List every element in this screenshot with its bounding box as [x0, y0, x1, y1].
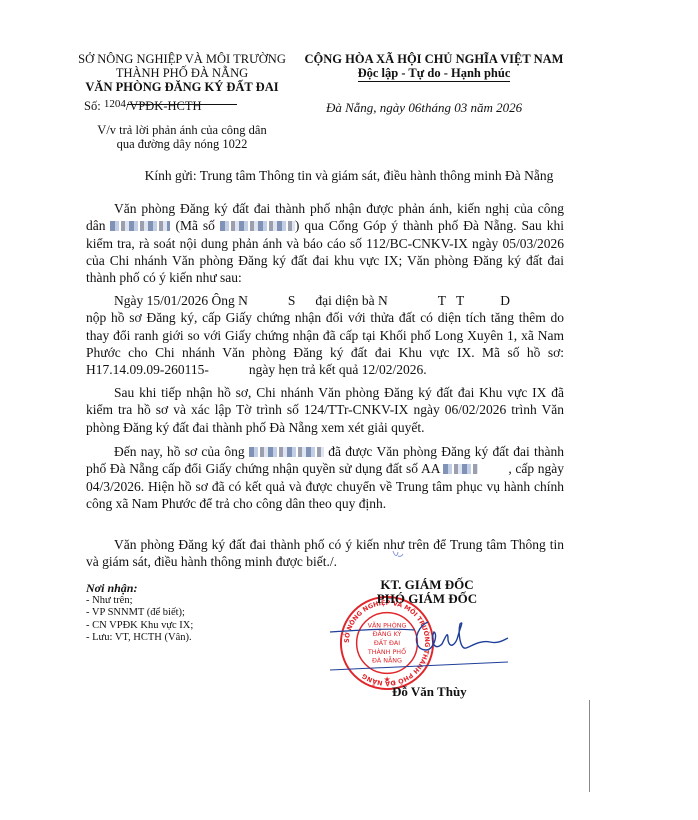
document-number-value: 1204 — [104, 98, 126, 110]
agency-parent: SỞ NÔNG NGHIỆP VÀ MÔI TRƯỜNG — [62, 52, 302, 66]
signature-title-block: KT. GIÁM ĐỐC PHÓ GIÁM ĐỐC — [352, 578, 502, 606]
paragraph-3: Sau khi tiếp nhận hồ sơ, Chi nhánh Văn p… — [86, 384, 564, 436]
paragraph-5: Văn phòng Đăng ký đất đai thành phố có ý… — [86, 536, 564, 571]
agency-city: THÀNH PHỐ ĐÀ NẴNG — [62, 66, 302, 80]
subject-line-1: V/v trả lời phản ánh của công dân — [82, 123, 282, 137]
p2-text-a: Ngày 15/01/2026 Ông N — [114, 293, 248, 308]
redacted-certificate-number — [443, 464, 478, 474]
agency-name: VĂN PHÒNG ĐĂNG KÝ ĐẤT ĐAI — [62, 80, 302, 94]
recipients-block: Nơi nhận: - Như trên; - VP SNNMT (để biế… — [86, 582, 193, 645]
p5-text: Văn phòng Đăng ký đất đai thành phố có ý… — [86, 536, 564, 571]
redacted-citizen-name — [110, 221, 170, 231]
handwritten-signature-icon — [330, 610, 510, 680]
p2-text-b: S — [288, 293, 296, 308]
document-number: Số: 1204/VPĐK-HCTH — [84, 98, 202, 114]
recipient-item: - Lưu: VT, HCTH (Vân). — [86, 632, 193, 645]
p2-text-d: T — [438, 293, 446, 308]
p2-text-f: D — [500, 293, 510, 308]
initial-mark-icon — [392, 549, 404, 559]
recipients-title: Nơi nhận: — [86, 582, 193, 595]
p2-text-e: T — [456, 293, 464, 308]
signature-line-2: PHÓ GIÁM ĐỐC — [352, 592, 502, 606]
recipient-item: - VP SNNMT (để biết); — [86, 607, 193, 620]
redacted-owner-name — [249, 447, 324, 457]
recipient-item: - CN VPĐK Khu vực IX; — [86, 620, 193, 633]
national-title: CỘNG HÒA XÃ HỘI CHỦ NGHĨA VIỆT NAM — [296, 52, 572, 66]
paragraph-1: Văn phòng Đăng ký đất đai thành phố nhận… — [86, 200, 564, 286]
national-motto: Độc lập - Tự do - Hạnh phúc — [358, 66, 511, 82]
subject-line-2: qua đường dây nóng 1022 — [82, 137, 282, 151]
signature-line-1: KT. GIÁM ĐỐC — [352, 578, 502, 592]
p4-text-a: Đến nay, hồ sơ của ông — [114, 444, 249, 459]
dateline: Đà Nẵng, ngày 06tháng 03 năm 2026 — [326, 100, 522, 116]
paragraph-2: Ngày 15/01/2026 Ông NSđại diện bà NTTDnộ… — [86, 292, 564, 378]
document-number-suffix: /VPĐK-HCTH — [126, 99, 202, 113]
document-page: SỞ NÔNG NGHIỆP VÀ MÔI TRƯỜNG THÀNH PHỐ Đ… — [0, 0, 698, 820]
p2-text-h: ngày hẹn trả kết quả 12/02/2026. — [249, 362, 427, 377]
p3-text: Sau khi tiếp nhận hồ sơ, Chi nhánh Văn p… — [86, 384, 564, 436]
redacted-feedback-code — [220, 221, 295, 231]
page-edge-rule — [589, 700, 590, 792]
p1-text-b: (Mã số — [175, 218, 219, 233]
document-subject: V/v trả lời phản ánh của công dân qua đư… — [82, 123, 282, 151]
national-header: CỘNG HÒA XÃ HỘI CHỦ NGHĨA VIỆT NAM Độc l… — [296, 52, 572, 82]
p2-text-c: đại diện bà N — [315, 293, 387, 308]
paragraph-4: Đến nay, hồ sơ của ông đã được Văn phòng… — [86, 443, 564, 512]
greeting: Kính gửi: Trung tâm Thông tin và giám sá… — [0, 168, 698, 184]
document-number-label: Số: — [84, 99, 104, 113]
recipient-item: - Như trên; — [86, 595, 193, 608]
signer-name: Đỗ Văn Thùy — [392, 684, 467, 700]
